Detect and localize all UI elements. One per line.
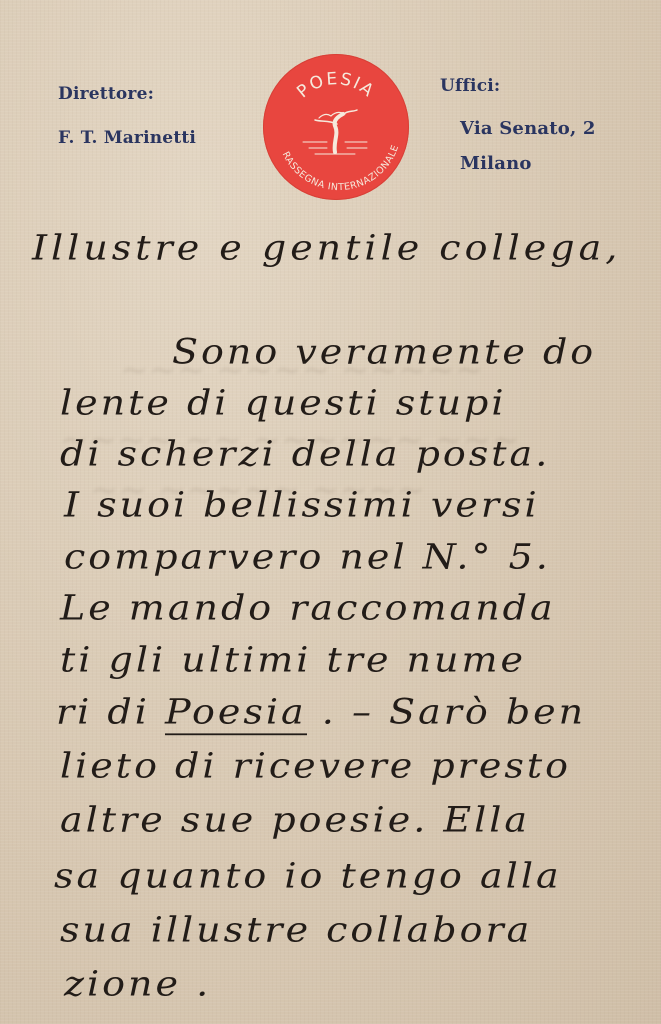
letter-page: ~~~ ~~~~ ~~~~~ ~~~~ ~~ ~~~~~~ ~~~ ~~ ~~~…	[0, 0, 661, 1024]
letter-line-2: lente di questi stupi	[60, 383, 507, 423]
letter-line-9: lieto di ricevere presto	[60, 746, 571, 786]
letter-line-8-end: . – Sarò ben	[322, 692, 586, 732]
letter-line-4: I suoi bellissimi versi	[64, 485, 540, 525]
director-label: Direttore:	[58, 84, 154, 104]
director-name: F. T. Marinetti	[58, 128, 196, 148]
letter-line-1: Sono veramente do	[172, 332, 596, 372]
letter-line-8-start: ri di	[56, 692, 150, 732]
offices-label: Uffici:	[440, 76, 500, 96]
letter-line-10: altre sue poesie. Ella	[60, 800, 530, 840]
svg-text:RASSEGNA INTERNAZIONALE: RASSEGNA INTERNAZIONALE	[280, 143, 402, 193]
letter-line-11: sa quanto io tengo alla	[54, 856, 562, 896]
letter-line-5: comparvero nel N.° 5.	[64, 537, 551, 577]
offices-address: Via Senato, 2	[460, 118, 596, 139]
offices-city: Milano	[460, 153, 532, 174]
letter-line-6: Le mando raccomanda	[60, 588, 556, 628]
seal-subtitle: RASSEGNA INTERNAZIONALE	[280, 143, 402, 193]
seal-emblem-icon: POESIA RASSEGNA INTERNAZIONALE	[263, 54, 409, 200]
letter-line-12: sua illustre collabora	[60, 910, 532, 950]
letter-line-8: ri di Poesia . – Sarò ben	[56, 692, 586, 732]
svg-text:POESIA: POESIA	[293, 69, 378, 102]
journal-title-underlined: Poesia	[165, 692, 307, 735]
salutation: Illustre e gentile collega,	[32, 228, 621, 268]
letter-line-7: ti gli ultimi tre nume	[60, 640, 526, 680]
letter-line-3: di scherzi della posta.	[60, 434, 550, 474]
poesia-seal-logo: POESIA RASSEGNA INTERNAZIONALE	[263, 54, 409, 200]
seal-title: POESIA	[293, 69, 378, 102]
letter-line-13: zione .	[64, 964, 211, 1004]
